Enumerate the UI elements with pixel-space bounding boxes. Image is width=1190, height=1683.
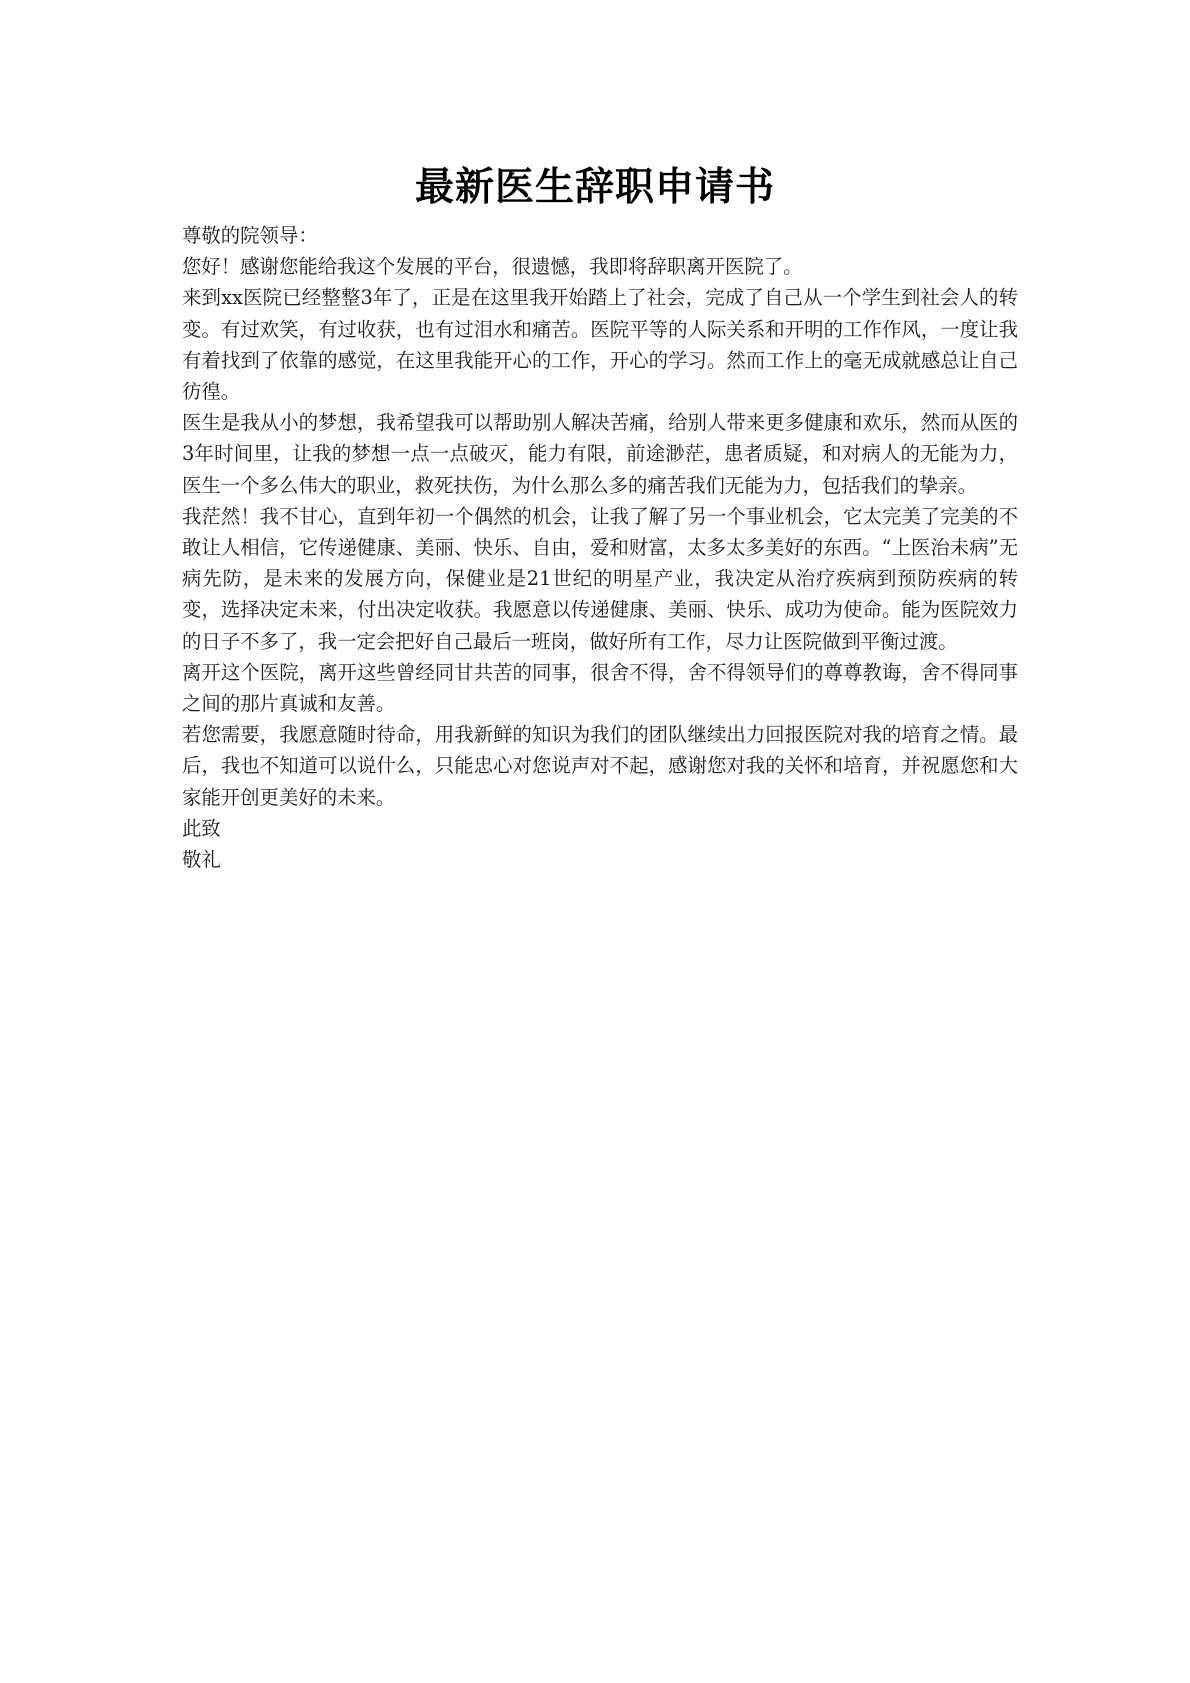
closing-line-2: 敬礼 (182, 844, 1018, 875)
document-title: 最新医生辞职申请书 (0, 160, 1190, 216)
paragraph-dream: 医生是我从小的梦想，我希望我可以帮助别人解决苦痛，给别人带来更多健康和欢乐，然而… (182, 407, 1018, 501)
paragraph-new-opportunity: 我茫然！我不甘心，直到年初一个偶然的机会，让我了解了另一个事业机会，它太完美了完… (182, 501, 1018, 657)
paragraph-greeting: 您好！感谢您能给我这个发展的平台，很遗憾，我即将辞职离开医院了。 (182, 251, 1018, 282)
document-body: 尊敬的院领导： 您好！感谢您能给我这个发展的平台，很遗憾，我即将辞职离开医院了。… (182, 220, 1018, 875)
paragraph-farewell: 离开这个医院，离开这些曾经同甘共苦的同事，很舍不得，舍不得领导们的尊尊教诲，舍不… (182, 657, 1018, 719)
paragraph-experience: 来到xx医院已经整整3年了，正是在这里我开始踏上了社会，完成了自己从一个学生到社… (182, 282, 1018, 407)
paragraph-gratitude: 若您需要，我愿意随时待命，用我新鲜的知识为我们的团队继续出力回报医院对我的培育之… (182, 719, 1018, 813)
salutation: 尊敬的院领导： (182, 220, 1018, 251)
document-page: 最新医生辞职申请书 尊敬的院领导： 您好！感谢您能给我这个发展的平台，很遗憾，我… (0, 0, 1190, 1683)
closing-line-1: 此致 (182, 813, 1018, 844)
